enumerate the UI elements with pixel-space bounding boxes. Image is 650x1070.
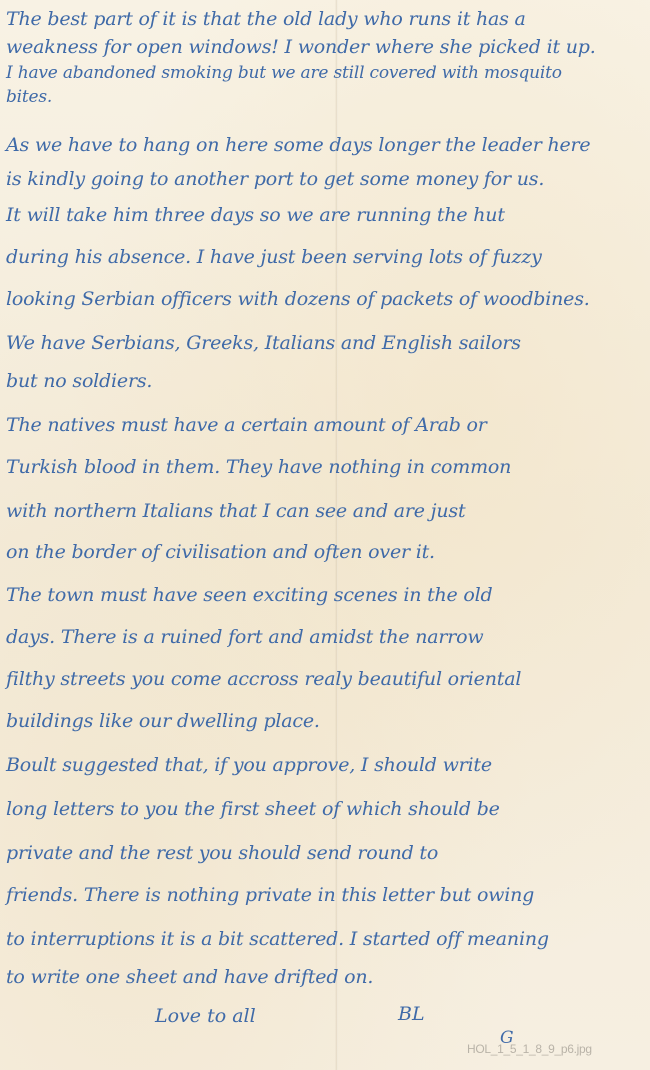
letter-line: is kindly going to another port to get s… bbox=[6, 162, 544, 196]
letter-line: bites. bbox=[6, 80, 52, 114]
letter-line: on the border of civilisation and often … bbox=[6, 535, 435, 569]
letter-line: but no soldiers. bbox=[6, 364, 152, 398]
letter-line: during his absence. I have just been ser… bbox=[6, 240, 542, 274]
letter-line: to interruptions it is a bit scattered. … bbox=[6, 922, 549, 956]
letter-line: We have Serbians, Greeks, Italians and E… bbox=[6, 326, 521, 360]
letter-line: days. There is a ruined fort and amidst … bbox=[6, 620, 483, 654]
letter-line: filthy streets you come accross realy be… bbox=[6, 662, 521, 696]
letter-page: The best part of it is that the old lady… bbox=[0, 0, 650, 1070]
letter-line: looking Serbian officers with dozens of … bbox=[6, 282, 590, 316]
letter-line: It will take him three days so we are ru… bbox=[6, 198, 505, 232]
letter-line: As we have to hang on here some days lon… bbox=[6, 128, 590, 162]
letter-line: friends. There is nothing private in thi… bbox=[6, 878, 534, 912]
letter-line: to write one sheet and have drifted on. bbox=[6, 960, 373, 994]
letter-signature: BL bbox=[398, 1003, 425, 1025]
letter-line: Boult suggested that, if you approve, I … bbox=[6, 748, 492, 782]
letter-line: long letters to you the first sheet of w… bbox=[6, 792, 500, 826]
letter-line: The natives must have a certain amount o… bbox=[6, 408, 487, 442]
letter-line: I have abandoned smoking but we are stil… bbox=[6, 56, 562, 90]
letter-closing: Love to all bbox=[155, 1005, 256, 1027]
letter-line: buildings like our dwelling place. bbox=[6, 704, 320, 738]
letter-line: The town must have seen exciting scenes … bbox=[6, 578, 493, 612]
letter-line: with northern Italians that I can see an… bbox=[6, 494, 465, 528]
filename-watermark: HOL_1_5_1_8_9_p6.jpg bbox=[467, 1042, 592, 1056]
letter-line: private and the rest you should send rou… bbox=[6, 836, 438, 870]
letter-line: Turkish blood in them. They have nothing… bbox=[6, 450, 511, 484]
